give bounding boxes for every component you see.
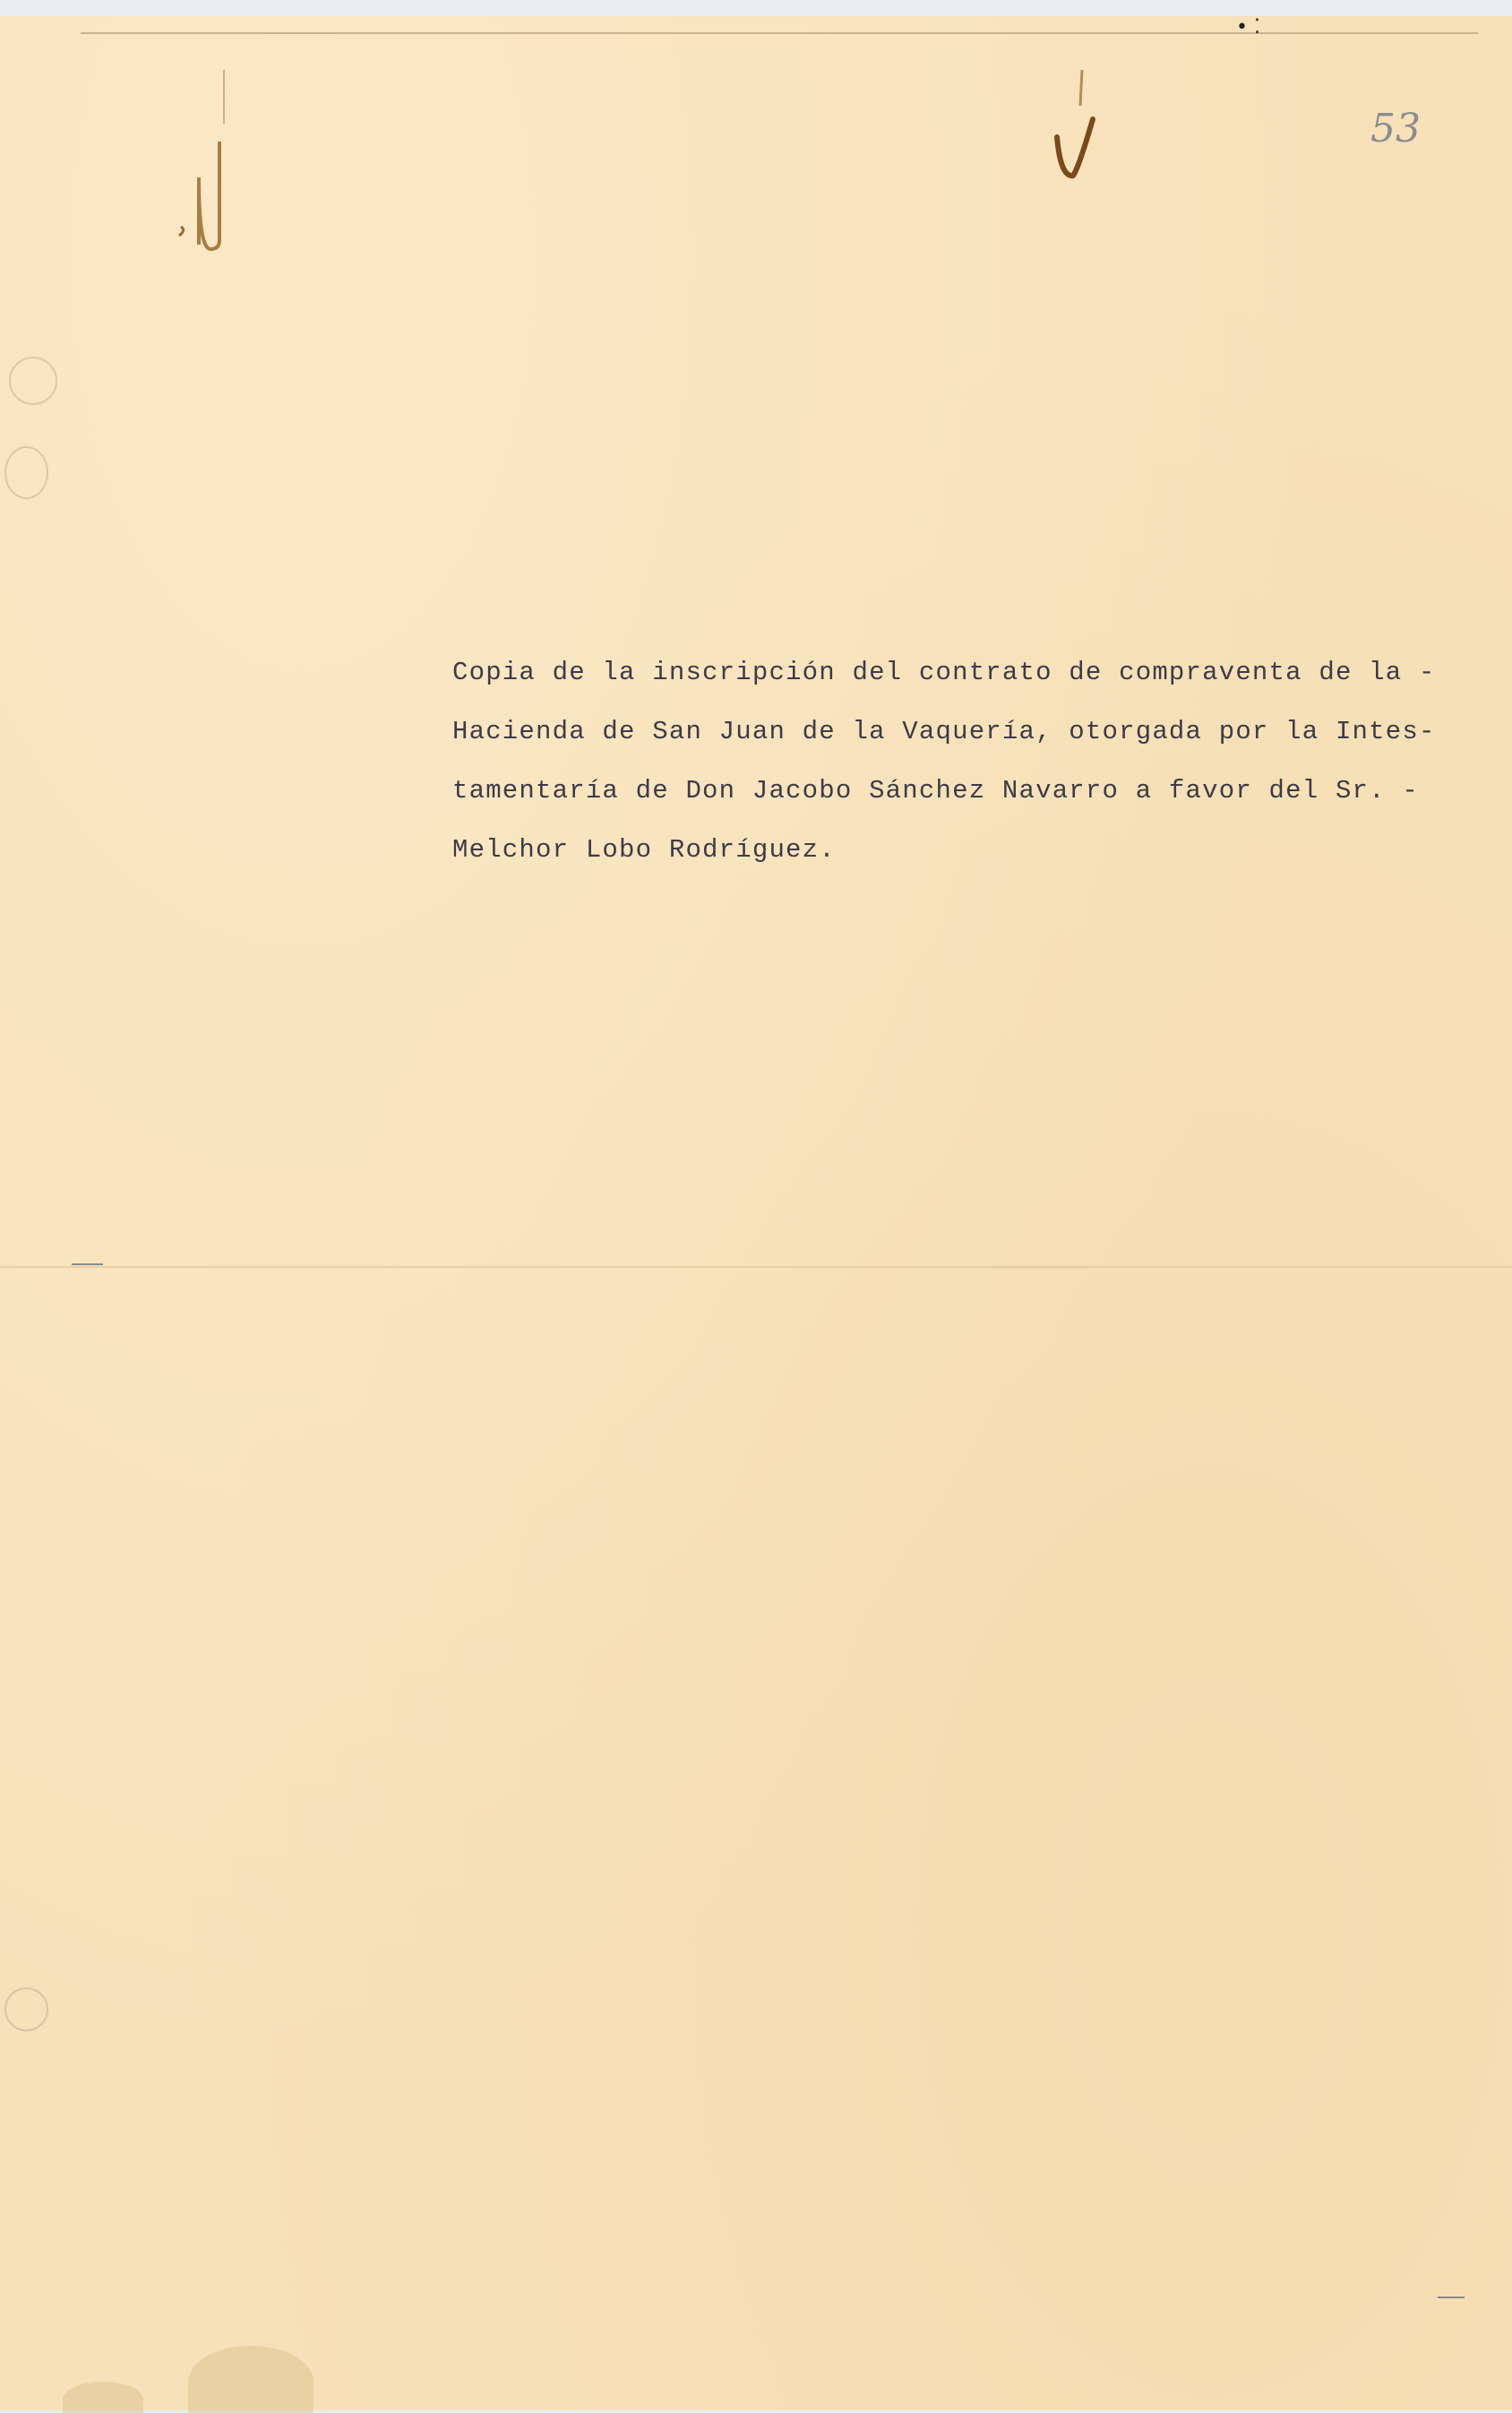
punch-hole-mark bbox=[4, 1987, 48, 2031]
body-line: Copia de la inscripción del contrato de … bbox=[452, 643, 1509, 702]
margin-dash bbox=[1438, 2297, 1465, 2298]
paperclip-rust-mark-icon bbox=[170, 70, 242, 271]
water-stain bbox=[188, 2346, 314, 2413]
ink-dots: • ⁚ bbox=[1236, 16, 1260, 39]
document-page: • ⁚ 53 Copia de la inscripción del contr… bbox=[0, 16, 1512, 2410]
body-line: Hacienda de San Juan de la Vaquería, oto… bbox=[452, 702, 1509, 762]
water-stain bbox=[63, 2382, 143, 2413]
punch-hole-mark bbox=[9, 357, 57, 405]
page-number: 53 bbox=[1370, 106, 1421, 151]
body-line: tamentaría de Don Jacobo Sánchez Navarro… bbox=[452, 762, 1509, 821]
punch-hole-mark bbox=[4, 446, 48, 499]
body-line: Melchor Lobo Rodríguez. bbox=[452, 821, 1509, 880]
check-mark-icon bbox=[1048, 70, 1129, 191]
paper-edge-line bbox=[81, 32, 1478, 34]
fold-crease bbox=[0, 1266, 1512, 1268]
margin-dash bbox=[72, 1263, 103, 1265]
document-body: Copia de la inscripción del contrato de … bbox=[452, 643, 1509, 880]
